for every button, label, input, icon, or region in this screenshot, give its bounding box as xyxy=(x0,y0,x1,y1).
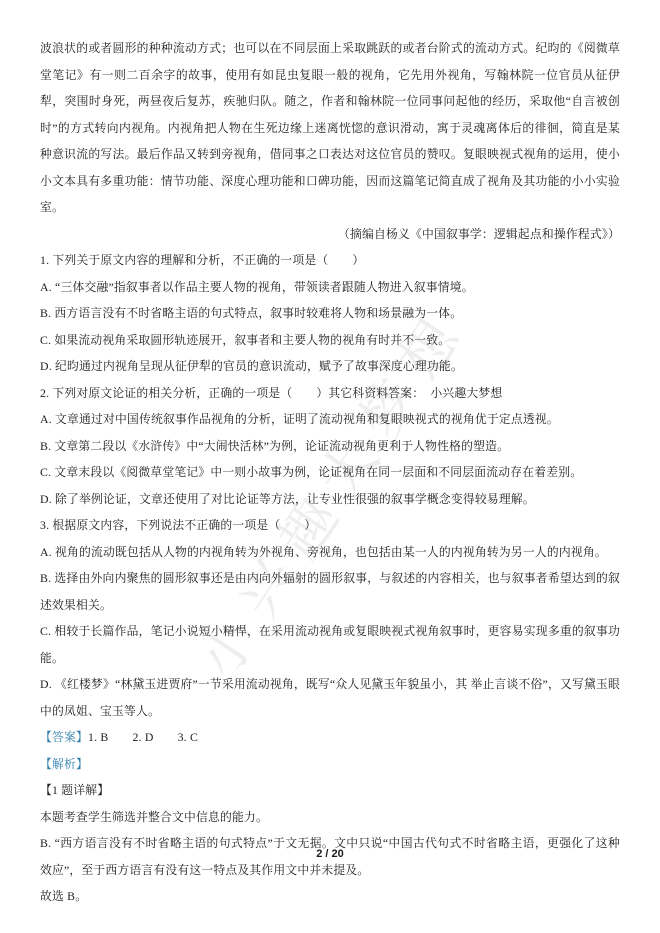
question-2-option-a: A. 文章通过对中国传统叙事作品视角的分析，证明了流动视角和复眼映视式的视角优于… xyxy=(40,406,620,433)
question-1-option-c: C. 如果流动视角采取圆形轨迹展开，叙事者和主要人物的视角有时并不一致。 xyxy=(40,327,620,354)
answer-label: 【答案】 xyxy=(40,730,88,744)
question-3-option-c: C. 相较于长篇作品，笔记小说短小精悍，在采用流动视角或复眼映视式视角叙事时，更… xyxy=(40,618,620,671)
page-number: 2 / 20 xyxy=(0,848,660,860)
question-2-option-b: B. 文章第二段以《水浒传》中“大闹快活林”为例，论证流动视角更利于人物性格的塑… xyxy=(40,433,620,460)
question-1-option-b: B. 西方语言没有不时省略主语的句式特点，叙事时较难将人物和场景融为一体。 xyxy=(40,300,620,327)
analysis-line-1: 本题考查学生筛选并整合文中信息的能力。 xyxy=(40,804,620,831)
question-1-option-a: A. “三体交融”指叙事者以作品主要人物的视角，带领读者跟随人物进入叙事情境。 xyxy=(40,274,620,301)
question-2-stem: 2. 下列对原文论证的相关分析，正确的一项是（ ）其它科资料答案： 小兴趣大梦想 xyxy=(40,380,620,407)
passage-attribution: （摘编自杨义《中国叙事学：逻辑起点和操作程式》） xyxy=(40,221,620,248)
question-2-option-c: C. 文章末段以《阅微草堂笔记》中一则小故事为例，论证视角在同一层面和不同层面流… xyxy=(40,459,620,486)
analysis-label: 【解析】 xyxy=(40,751,620,778)
question-3-option-b: B. 选择由外向内聚焦的圆形叙事还是由内向外辐射的圆形叙事，与叙述的内容相关，也… xyxy=(40,565,620,618)
question-3-option-d: D. 《红楼梦》“林黛玉进贾府”一节采用流动视角，既写“众人见黛玉年貌虽小，其 … xyxy=(40,671,620,724)
analysis-line-3: 故选 B。 xyxy=(40,883,620,910)
detail-heading: 【1 题详解】 xyxy=(40,777,620,804)
question-3-stem: 3. 根据原文内容，下列说法不正确的一项是（ ） xyxy=(40,512,620,539)
page-content: 波浪状的或者圆形的种种流动方式；也可以在不同层面上采取跳跃的或者台阶式的流动方式… xyxy=(0,0,660,910)
answer-values: 1. B 2. D 3. C xyxy=(88,730,198,744)
document-page: 小兴趣大梦想 波浪状的或者圆形的种种流动方式；也可以在不同层面上采取跳跃的或者台… xyxy=(0,0,660,933)
passage-paragraph: 波浪状的或者圆形的种种流动方式；也可以在不同层面上采取跳跃的或者台阶式的流动方式… xyxy=(40,35,620,221)
question-1-option-d: D. 纪昀通过内视角呈现从征伊犁的官员的意识流动，赋予了故事深度心理功能。 xyxy=(40,353,620,380)
answer-line: 【答案】1. B 2. D 3. C xyxy=(40,724,620,751)
question-2-option-d: D. 除了举例论证，文章还使用了对比论证等方法，让专业性很强的叙事学概念变得较易… xyxy=(40,486,620,513)
question-1-stem: 1. 下列关于原文内容的理解和分析，不正确的一项是（ ） xyxy=(40,247,620,274)
question-3-option-a: A. 视角的流动既包括从人物的内视角转为外视角、旁视角，也包括由某一人的内视角转… xyxy=(40,539,620,566)
